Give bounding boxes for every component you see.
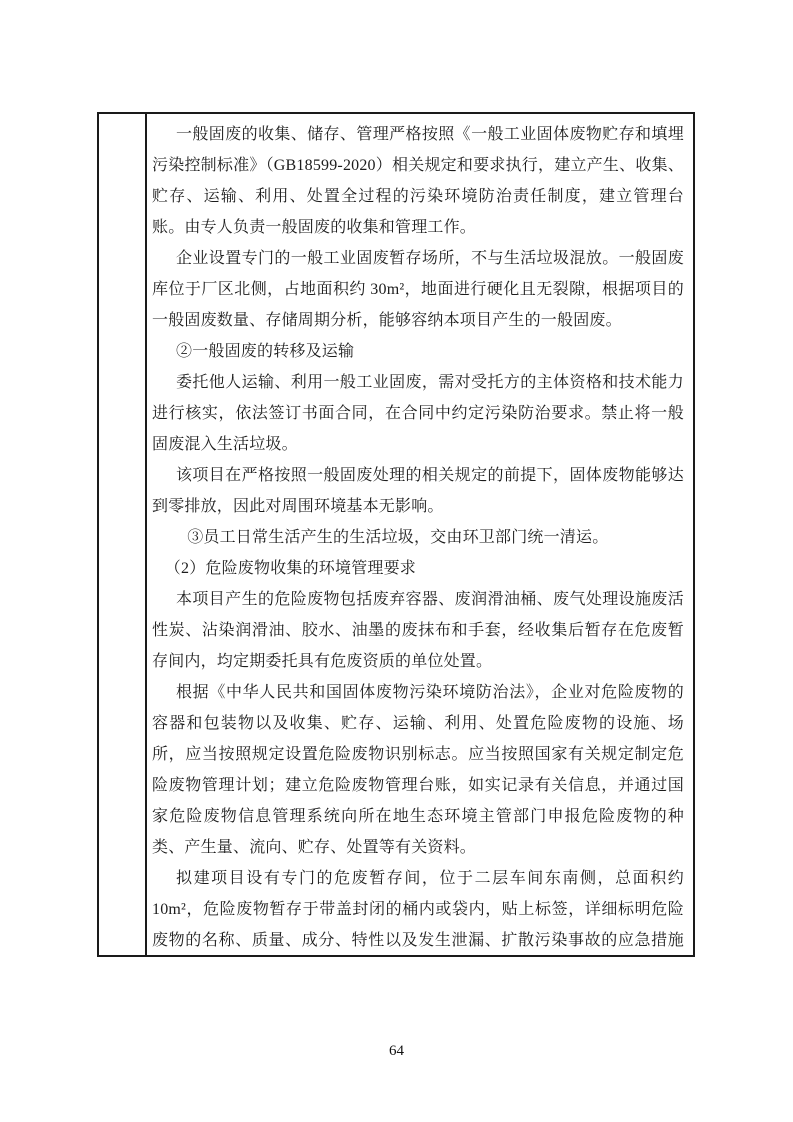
table-main-cell: 一般固废的收集、储存、管理严格按照《一般工业固体废物贮存和填埋污染控制标准》（G… <box>147 114 693 955</box>
paragraph: 本项目产生的危险废物包括废弃容器、废润滑油桶、废气处理设施废活性炭、沾染润滑油、… <box>152 584 684 677</box>
paragraph: 企业设置专门的一般工业固废暂存场所，不与生活垃圾混放。一般固废库位于厂区北侧，占… <box>152 243 684 336</box>
paragraph: 拟建项目设有专门的危废暂存间，位于二层车间东南侧，总面积约10m²，危险废物暂存… <box>152 863 684 955</box>
page-number: 64 <box>0 1043 793 1060</box>
content-table: 一般固废的收集、储存、管理严格按照《一般工业固体废物贮存和填埋污染控制标准》（G… <box>97 112 695 957</box>
paragraph: 该项目在严格按照一般固废处理的相关规定的前提下，固体废物能够达到零排放，因此对周… <box>152 460 684 522</box>
paragraph: 根据《中华人民共和国固体废物污染环境防治法》，企业对危险废物的容器和包装物以及收… <box>152 677 684 863</box>
paragraph: 委托他人运输、利用一般工业固废，需对受托方的主体资格和技术能力进行核实，依法签订… <box>152 367 684 460</box>
paragraph: 一般固废的收集、储存、管理严格按照《一般工业固体废物贮存和填埋污染控制标准》（G… <box>152 119 684 243</box>
table-left-column <box>99 114 147 955</box>
paragraph: ②一般固废的转移及运输 <box>152 336 684 367</box>
paragraph: （2）危险废物收集的环境管理要求 <box>152 553 684 584</box>
paragraph: ③员工日常生活产生的生活垃圾，交由环卫部门统一清运。 <box>152 522 684 553</box>
